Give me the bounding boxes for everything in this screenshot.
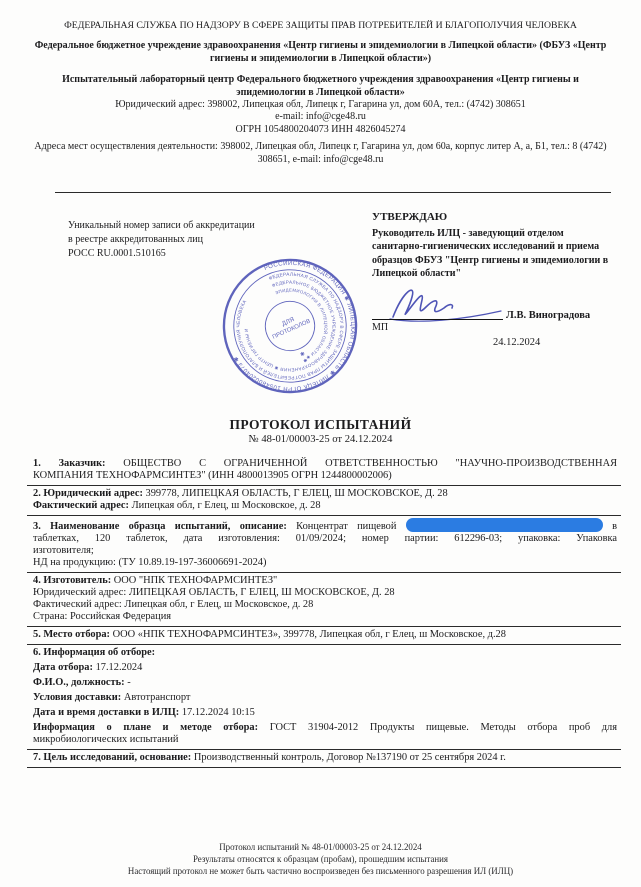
section-sample-line2: таблетках, 120 таблеток, дата изготовлен…: [33, 533, 617, 545]
manufacturer-legal-value: ЛИПЕЦКАЯ ОБЛАСТЬ, Г ЕЛЕЦ, Ш МОСКОВСКОЕ, …: [129, 587, 395, 598]
organization-name: Федеральное бюджетное учреждение здравоо…: [30, 39, 611, 65]
sampling-method-line2: микробиологических испытаний: [33, 734, 617, 746]
section-divider: [27, 515, 621, 516]
manufacturer-label: 4. Изготовитель:: [33, 575, 111, 586]
legal-address: Юридический адрес: 398002, Липецкая обл,…: [30, 99, 611, 111]
accreditation-line: в реестре аккредитованных лиц: [68, 233, 298, 247]
actual-address-value: Липецкая обл, г Елец, ш Московское, д. 2…: [132, 500, 321, 511]
approval-date: 24.12.2024: [493, 337, 540, 348]
protocol-title: ПРОТОКОЛ ИСПЫТАНИЙ: [0, 417, 641, 433]
activity-addresses: Адреса мест осуществления деятельности: …: [30, 141, 611, 167]
sampling-date-value: 17.12.2024: [96, 662, 143, 673]
sampler-name-value: -: [127, 677, 130, 688]
sampling-method-value-line1: ГОСТ 31904-2012 Продукты пищевые. Методы…: [270, 722, 617, 733]
stamp-graphic: РОССИЙСКАЯ ФЕДЕРАЦИЯ ✱ ЛИПЕЦКАЯ ОБЛАСТЬ …: [221, 257, 359, 395]
purpose-value: Производственный контроль, Договор №1371…: [194, 752, 506, 763]
protocol-number: № 48-01/00003-25 от 24.12.2024: [0, 433, 641, 447]
section-purpose: 7. Цель исследований, основание: Произво…: [33, 752, 617, 764]
manufacturer-value: ООО "НПК ТЕХНОФАРМСИНТЕЗ": [114, 575, 278, 586]
protocol-document-page: ФЕДЕРАЛЬНАЯ СЛУЖБА ПО НАДЗОРУ В СФЕРЕ ЗА…: [0, 0, 641, 887]
delivery-conditions-label: Условия доставки:: [33, 692, 121, 703]
delivery-conditions-row: Условия доставки: Автотранспорт: [33, 692, 617, 704]
section-actual-address: Фактический адрес: Липецкая обл, г Елец,…: [33, 500, 617, 512]
customer-label: 1. Заказчик:: [33, 458, 106, 469]
sampling-date-label: Дата отбора:: [33, 662, 93, 673]
sample-value-end: в: [612, 521, 617, 532]
nd-label: НД на продукцию:: [33, 557, 116, 568]
manufacturer-actual-value: Липецкая обл, г Елец, ш Московское, д. 2…: [124, 599, 313, 610]
letterhead: ФЕДЕРАЛЬНАЯ СЛУЖБА ПО НАДЗОРУ В СФЕРЕ ЗА…: [30, 20, 611, 167]
signature-line: [372, 319, 503, 320]
sampling-date-row: Дата отбора: 17.12.2024: [33, 662, 617, 674]
section-customer-line2: КОМПАНИЯ ТЕХНОФАРМСИНТЕЗ" (ИНН 480001390…: [33, 470, 617, 482]
section-divider: [27, 644, 621, 645]
delivery-datetime-value: 17.12.2024 10:15: [182, 707, 255, 718]
stamp-asterisk: ✱: [300, 351, 307, 358]
actual-address-label: Фактический адрес:: [33, 500, 129, 511]
redaction-overlay: [406, 518, 603, 532]
legal-address-value: 399778, ЛИПЕЦКАЯ ОБЛАСТЬ, Г ЕЛЕЦ, Ш МОСК…: [146, 488, 448, 499]
section-legal-address: 2. Юридический адрес: 399778, ЛИПЕЦКАЯ О…: [33, 488, 617, 500]
section-manufacturer: 4. Изготовитель: ООО "НПК ТЕХНОФАРМСИНТЕ…: [33, 575, 617, 587]
federal-service-name: ФЕДЕРАЛЬНАЯ СЛУЖБА ПО НАДЗОРУ В СФЕРЕ ЗА…: [30, 20, 611, 33]
legal-address-label: 2. Юридический адрес:: [33, 488, 143, 499]
customer-value-line1: ОБЩЕСТВО С ОГРАНИЧЕННОЙ ОТВЕТСТВЕННОСТЬЮ…: [123, 458, 617, 469]
section-divider: [27, 749, 621, 750]
manufacturer-actual-label: Фактический адрес:: [33, 599, 122, 610]
accreditation-block: Уникальный номер записи об аккредитации …: [68, 219, 298, 261]
manufacturer-legal-address: Юридический адрес: ЛИПЕЦКАЯ ОБЛАСТЬ, Г Е…: [33, 587, 617, 599]
sampling-method-line1: Информация о плане и методе отбора: ГОСТ…: [33, 722, 617, 734]
section-sampling-info-header: 6. Информация об отборе:: [33, 647, 617, 659]
footer-reproduction-note: Настоящий протокол не может быть частичн…: [0, 866, 641, 878]
email: e-mail: info@cge48.ru: [30, 111, 611, 123]
accreditation-line: Уникальный номер записи об аккредитации: [68, 219, 298, 233]
section-sample-line1: 3. Наименование образца испытаний, описа…: [33, 518, 617, 533]
official-round-stamp: РОССИЙСКАЯ ФЕДЕРАЦИЯ ✱ ЛИПЕЦКАЯ ОБЛАСТЬ …: [221, 257, 359, 395]
delivery-datetime-row: Дата и время доставки в ИЛЦ: 17.12.2024 …: [33, 707, 617, 719]
sampling-method-label: Информация о плане и методе отбора:: [33, 722, 258, 733]
sampling-place-label: 5. Место отбора:: [33, 629, 110, 640]
sampling-place-value: ООО «НПК ТЕХНОФАРМСИНТЕЗ», 399778, Липец…: [113, 629, 506, 640]
sampler-name-row: Ф.И.О., должность: -: [33, 677, 617, 689]
sampler-name-label: Ф.И.О., должность:: [33, 677, 125, 688]
section-divider: [27, 572, 621, 573]
country-label: Страна:: [33, 611, 67, 622]
footer-results-note: Результаты относятся к образцам (пробам)…: [0, 854, 641, 866]
approval-block: УТВЕРЖДАЮ Руководитель ИЛЦ - заведующий …: [372, 211, 612, 281]
mp-seal-label: МП: [372, 322, 388, 333]
section-divider: [27, 626, 621, 627]
testing-lab-center-name: Испытательный лабораторный центр Федерал…: [30, 73, 611, 99]
country-value: Российская Федерация: [70, 611, 171, 622]
header-divider: [55, 192, 611, 193]
manufacturer-actual-address: Фактический адрес: Липецкая обл, г Елец,…: [33, 599, 617, 611]
purpose-label: 7. Цель исследований, основание:: [33, 752, 191, 763]
protocol-title-block: ПРОТОКОЛ ИСПЫТАНИЙ № 48-01/00003-25 от 2…: [0, 417, 641, 447]
approval-title: УТВЕРЖДАЮ: [372, 211, 612, 225]
section-nd-product: НД на продукцию: (ТУ 10.89.19-197-360066…: [33, 557, 617, 569]
section-divider: [27, 767, 621, 768]
section-divider: [27, 485, 621, 486]
section-sampling-place: 5. Место отбора: ООО «НПК ТЕХНОФАРМСИНТЕ…: [33, 629, 617, 641]
delivery-datetime-label: Дата и время доставки в ИЛЦ:: [33, 707, 179, 718]
footer-protocol-ref: Протокол испытаний № 48-01/00003-25 от 2…: [0, 842, 641, 854]
sample-label: 3. Наименование образца испытаний, описа…: [33, 521, 287, 532]
page-footer: Протокол испытаний № 48-01/00003-25 от 2…: [0, 842, 641, 877]
sample-value-start: Концентрат пищевой: [296, 521, 396, 532]
manufacturer-country: Страна: Российская Федерация: [33, 611, 617, 623]
approver-position: Руководитель ИЛЦ - заведующий отделом са…: [372, 227, 612, 281]
approver-name: Л.В. Виноградова: [506, 310, 590, 321]
section-sample-line3: изготовителя;: [33, 545, 617, 557]
nd-value: (ТУ 10.89.19-197-36006691-2024): [119, 557, 267, 568]
ogrn-inn: ОГРН 1054800204073 ИНН 4826045274: [30, 124, 611, 136]
protocol-sections: 1. Заказчик: ОБЩЕСТВО С ОГРАНИЧЕННОЙ ОТВ…: [33, 458, 617, 770]
manufacturer-legal-label: Юридический адрес:: [33, 587, 126, 598]
delivery-conditions-value: Автотранспорт: [124, 692, 191, 703]
section-customer-line1: 1. Заказчик: ОБЩЕСТВО С ОГРАНИЧЕННОЙ ОТВ…: [33, 458, 617, 470]
